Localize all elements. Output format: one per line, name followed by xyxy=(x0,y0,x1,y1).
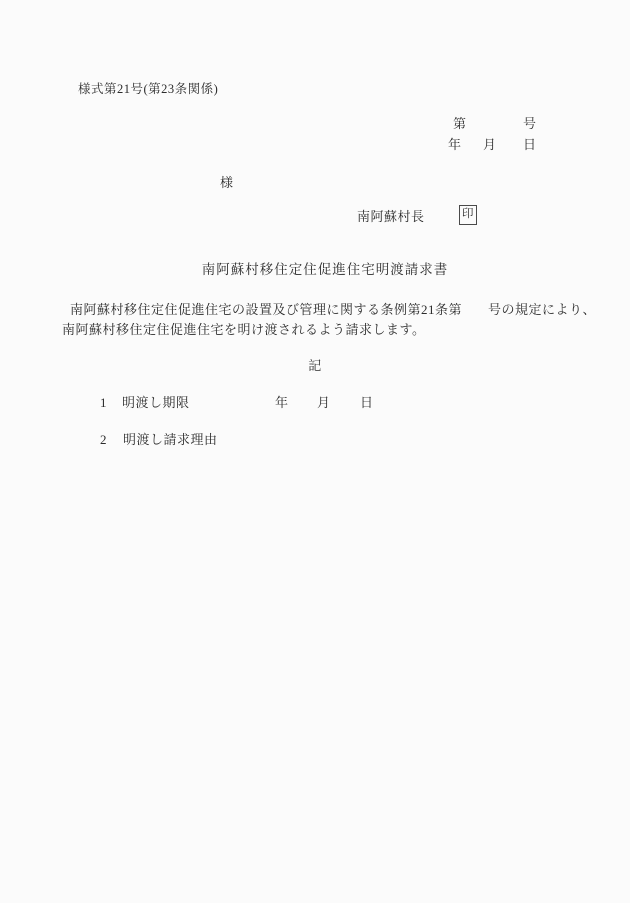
body-paragraph-line2: 南阿蘇村移住定住促進住宅を明け渡されるよう請求します。 xyxy=(62,323,425,338)
body-paragraph-line1: 南阿蘇村移住定住促進住宅の設置及び管理に関する条例第21条第号の規定により、 xyxy=(70,303,596,318)
addressee-honorific: 様 xyxy=(220,176,234,191)
body-line1-after-blank: 号の規定により、 xyxy=(488,302,596,317)
form-number: 様式第21号(第23条関係) xyxy=(78,82,218,96)
item1-day-label: 日 xyxy=(360,396,374,411)
item1-number: 1 xyxy=(100,396,107,411)
seal-placeholder: 印 xyxy=(459,205,477,225)
record-heading: 記 xyxy=(0,359,630,374)
item1-month-label: 月 xyxy=(317,396,331,411)
doc-number-suffix: 号 xyxy=(523,117,537,132)
item1-year-label: 年 xyxy=(275,396,289,411)
sender-title: 南阿蘇村長 xyxy=(357,210,425,225)
date-month-label: 月 xyxy=(483,138,497,153)
item2-number: 2 xyxy=(100,433,107,448)
body-line1-before-blank: 南阿蘇村移住定住促進住宅の設置及び管理に関する条例第21条第 xyxy=(70,302,462,317)
doc-number-prefix: 第 xyxy=(453,117,467,132)
item1-label: 明渡し期限 xyxy=(122,396,190,411)
document-title: 南阿蘇村移住定住促進住宅明渡請求書 xyxy=(10,262,630,278)
date-year-label: 年 xyxy=(448,138,462,153)
document-page: 様式第21号(第23条関係) 第 号 年 月 日 様 南阿蘇村長 印 南阿蘇村移… xyxy=(0,0,630,903)
date-day-label: 日 xyxy=(523,138,537,153)
item2-label: 明渡し請求理由 xyxy=(123,433,218,448)
